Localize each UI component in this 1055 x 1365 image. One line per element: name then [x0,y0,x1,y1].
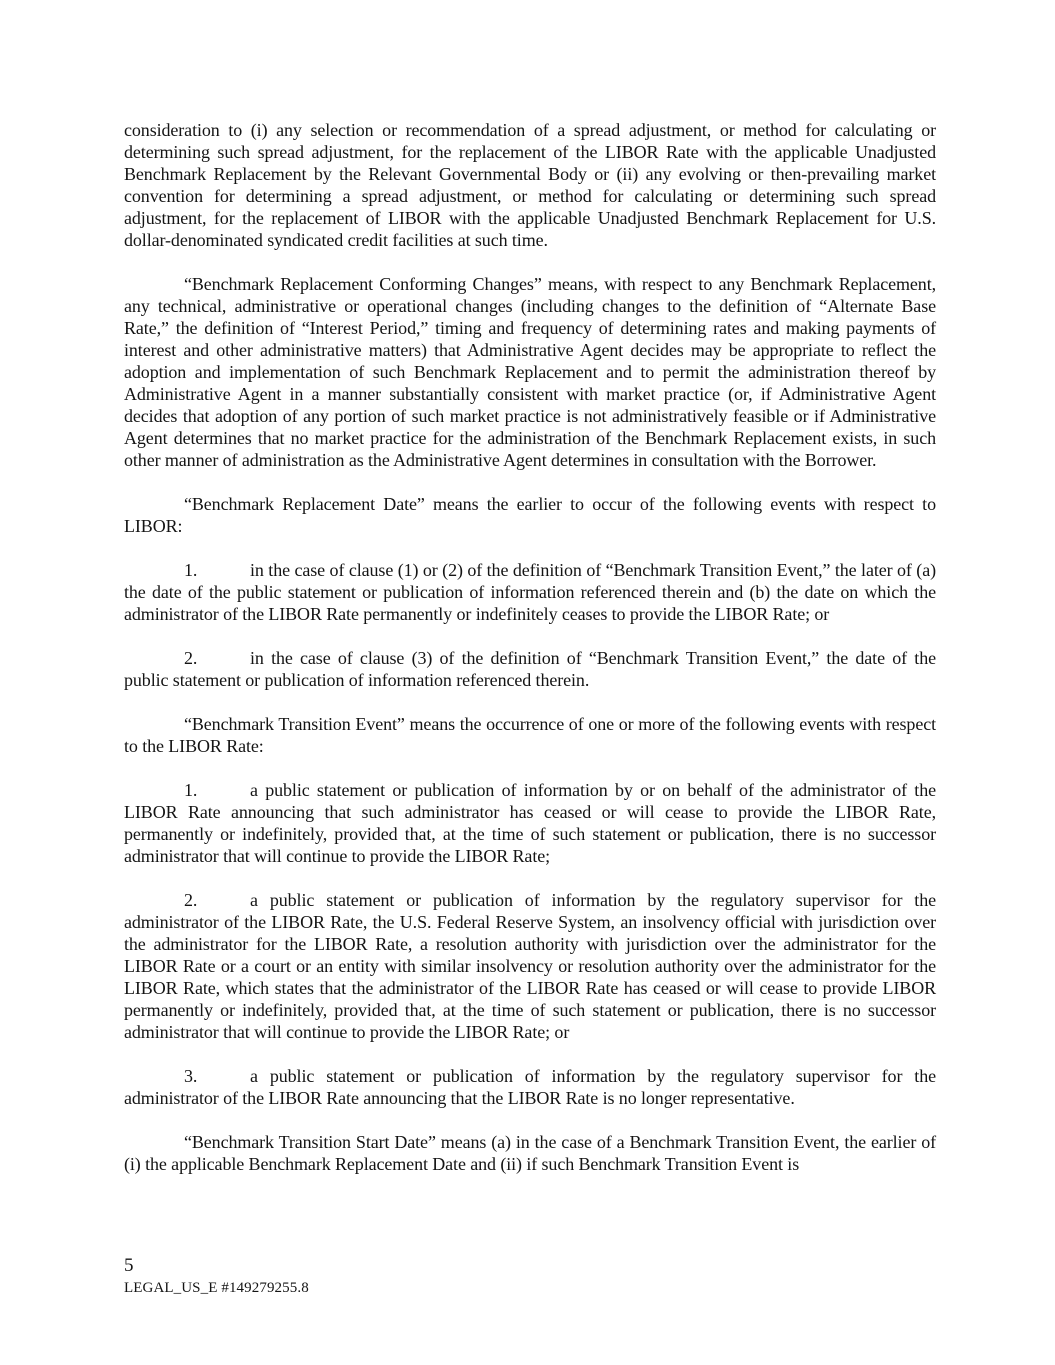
paragraph-definition-benchmark-replacement-date: “Benchmark Replacement Date” means the e… [124,493,936,537]
paragraph-definition-benchmark-transition-event: “Benchmark Transition Event” means the o… [124,713,936,757]
list-number: 2. [184,647,250,669]
numbered-item-replacement-date-1: 1.in the case of clause (1) or (2) of th… [124,559,936,625]
numbered-item-transition-event-3: 3.a public statement or publication of i… [124,1065,936,1109]
document-page: consideration to (i) any selection or re… [0,0,1055,1365]
list-number: 1. [184,779,250,801]
list-number: 1. [184,559,250,581]
page-footer: 5 LEGAL_US_E #149279255.8 [124,1254,309,1297]
list-number: 2. [184,889,250,911]
numbered-item-transition-event-1: 1.a public statement or publication of i… [124,779,936,867]
paragraph-definition-benchmark-replacement-conforming-changes: “Benchmark Replacement Conforming Change… [124,273,936,471]
numbered-item-replacement-date-2: 2.in the case of clause (3) of the defin… [124,647,936,691]
page-number: 5 [124,1254,309,1278]
numbered-item-transition-event-2: 2.a public statement or publication of i… [124,889,936,1043]
paragraph-definition-benchmark-transition-start-date: “Benchmark Transition Start Date” means … [124,1131,936,1175]
list-number: 3. [184,1065,250,1087]
list-item-text: a public statement or publication of inf… [124,890,936,1042]
document-id: LEGAL_US_E #149279255.8 [124,1279,309,1297]
paragraph-continuation-spread-adjustment: consideration to (i) any selection or re… [124,119,936,251]
